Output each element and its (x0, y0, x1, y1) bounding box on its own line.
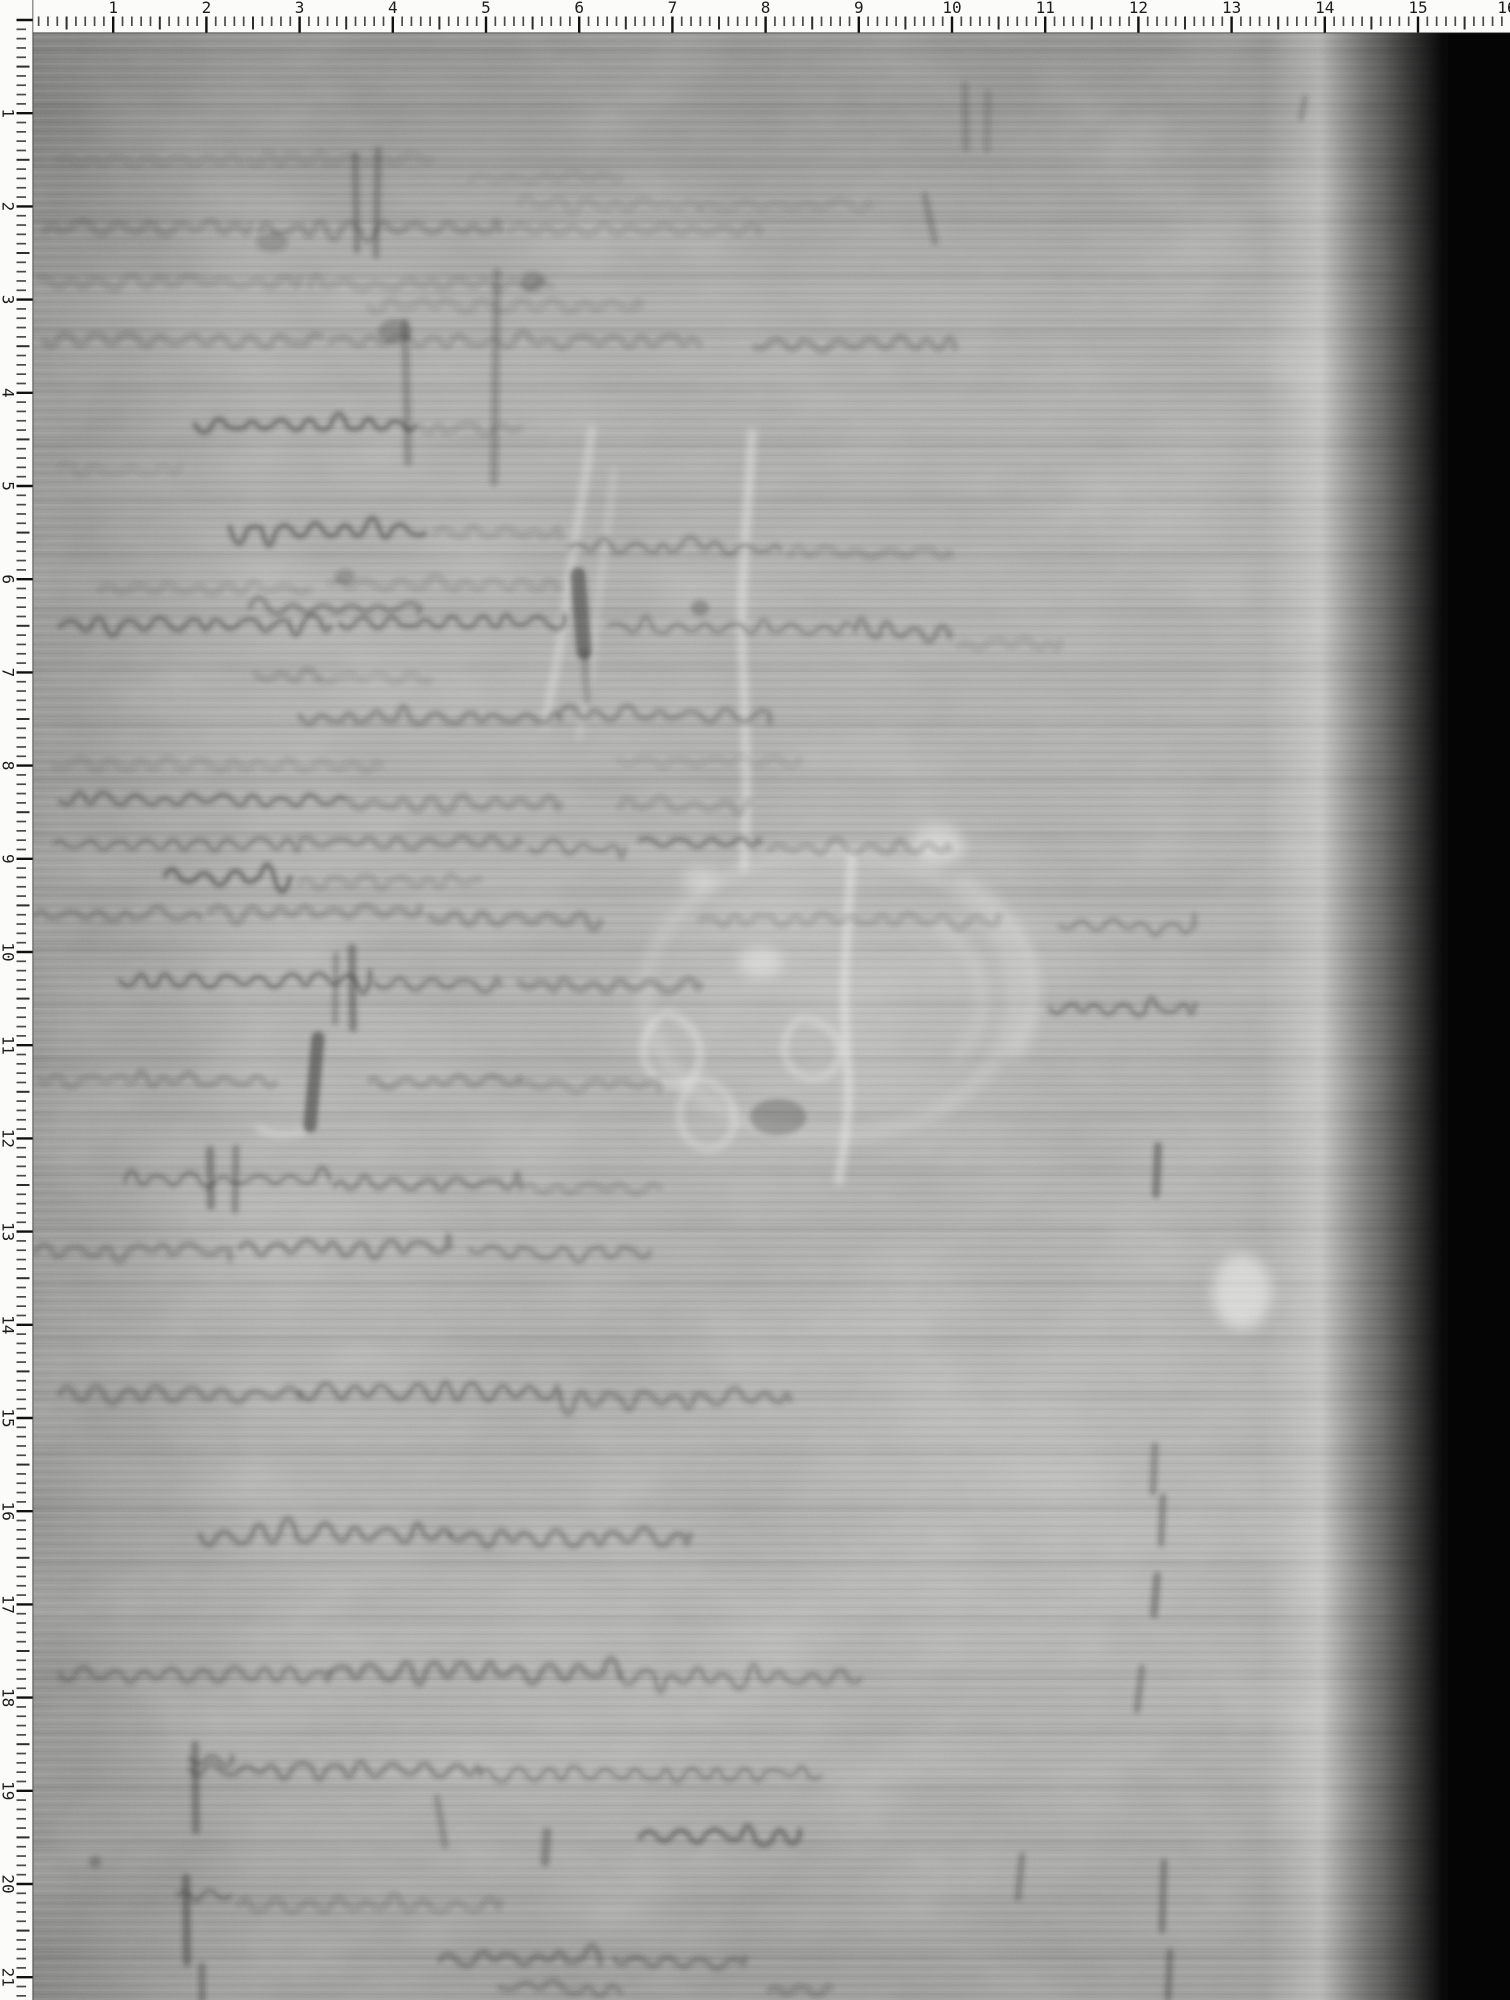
ruler-edge-line (0, 32, 1510, 33)
ruler-label: 11 (0, 1036, 18, 1055)
ruler-label: 14 (0, 1315, 18, 1334)
ruler-label: 7 (668, 0, 678, 17)
ruler-label: 2 (0, 202, 18, 212)
ruler-label: 10 (942, 0, 961, 17)
ruler-label: 1 (0, 108, 18, 118)
manuscript-artwork-layer (0, 0, 1510, 2000)
ruler-label: 20 (0, 1874, 18, 1893)
ruler-label: 3 (295, 0, 305, 17)
ruler-label: 17 (0, 1595, 18, 1614)
ruler-label: 5 (481, 0, 491, 17)
ruler-label: 4 (0, 388, 18, 398)
ruler-label: 21 (0, 1968, 18, 1987)
ruler-label: 2 (202, 0, 212, 17)
top-ruler: 012345678910111213141516 (0, 0, 1510, 34)
ruler-label: 4 (388, 0, 398, 17)
shadow-band (1322, 0, 1510, 2000)
ruler-label: 18 (0, 1688, 18, 1707)
ruler-label: 8 (0, 761, 18, 771)
ruler-label: 15 (0, 1408, 18, 1427)
left-ruler: 123456789101112131415161718192021 (0, 0, 34, 2000)
ruler-label: 12 (1129, 0, 1148, 17)
ruler-label: 15 (1408, 0, 1427, 17)
ruler-label: 11 (1036, 0, 1055, 17)
film-grain-texture (0, 0, 1510, 2000)
ruler-edge-line (32, 0, 33, 2000)
ruler-label: 6 (574, 0, 584, 17)
ruler-label: 16 (0, 1502, 18, 1521)
ruler-label: 13 (1222, 0, 1241, 17)
ruler-label: 8 (761, 0, 771, 17)
ruler-label: 16 (1497, 0, 1510, 17)
ruler-label: 5 (0, 481, 18, 491)
ruler-label: 9 (0, 854, 18, 864)
ruler-label: 19 (0, 1781, 18, 1800)
ruler-label: 6 (0, 574, 18, 584)
ruler-label: 13 (0, 1222, 18, 1241)
ruler-label: 12 (0, 1129, 18, 1148)
screenshot-root: 012345678910111213141516 123456789101112… (0, 0, 1510, 2000)
ruler-label: 14 (1315, 0, 1334, 17)
ruler-label: 3 (0, 295, 18, 305)
ruler-label: 1 (108, 0, 118, 17)
ruler-backing (0, 0, 1510, 33)
ruler-label: 10 (0, 942, 18, 961)
ruler-label: 9 (854, 0, 864, 17)
left-ruler-numbers: 123456789101112131415161718192021 (0, 108, 18, 1986)
ruler-label: 7 (0, 668, 18, 678)
